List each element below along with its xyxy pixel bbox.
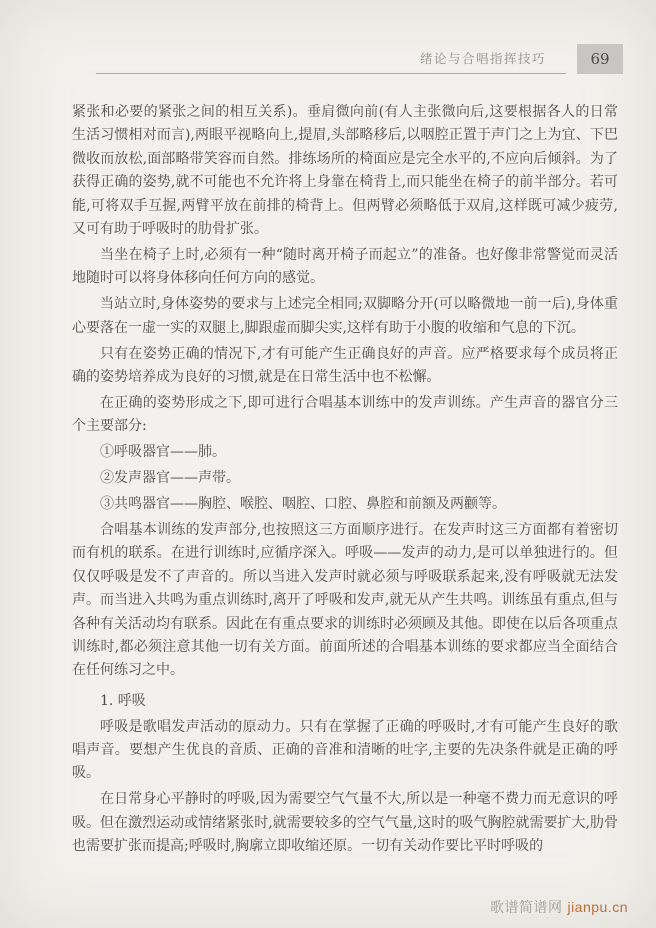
list-item-resonance-organ: ③共鸣器官——胸腔、喉腔、咽腔、口腔、鼻腔和前额及两颧等。 (72, 493, 618, 516)
list-item-vocal-organ: ②发声器官——声带。 (72, 467, 618, 490)
paragraph-daily-breathing: 在日常身心平静时的呼吸,因为需要空气气量不大,所以是一种毫不费力而无意识的呼吸。… (72, 788, 618, 858)
watermark-site-url: jianpu.cn (567, 899, 628, 915)
watermark: 歌谱简谱网 jianpu.cn (490, 897, 628, 917)
page-number-badge: 69 (577, 44, 623, 74)
paragraph-voice-organs-intro: 在正确的姿势形成之下,即可进行合唱基本训练中的发声训练。产生声音的器官分三个主要… (72, 392, 618, 439)
paragraph-breathing-importance: 呼吸是歌唱发声活动的原动力。只有在掌握了正确的呼吸时,才有可能产生良好的歌唱声音… (72, 716, 618, 786)
header-rule (96, 73, 566, 74)
watermark-site-name: 歌谱简谱网 (490, 900, 563, 916)
list-item-breathing-organ: ①呼吸器官——肺。 (72, 441, 618, 464)
paragraph-training-order: 合唱基本训练的发声部分,也按照这三方面顺序进行。在发声时这三方面都有着密切而有机… (72, 519, 618, 683)
page-number: 69 (590, 50, 609, 68)
page-body-text: 紧张和必要的紧张之间的相互关系)。垂肩微向前(有人主张微向后,这要根据各人的日常… (72, 101, 618, 861)
paragraph-correct-posture: 只有在姿势正确的情况下,才有可能产生正确良好的声音。应严格要求每个成员将正确的姿… (72, 343, 618, 390)
paragraph-sitting: 当坐在椅子上时,必须有一种“随时离开椅子而起立”的准备。也好像非常警觉而灵活地随… (72, 244, 618, 291)
scanned-book-page: 绪论与合唱指挥技巧 69 紧张和必要的紧张之间的相互关系)。垂肩微向前(有人主张… (0, 0, 656, 928)
paragraph-standing: 当站立时,身体姿势的要求与上述完全相同;双脚略分开(可以略微地一前一后),身体重… (72, 293, 618, 340)
section-heading-breathing: 1. 呼吸 (72, 690, 618, 713)
running-title: 绪论与合唱指挥技巧 (420, 49, 546, 67)
paragraph-posture-continuation: 紧张和必要的紧张之间的相互关系)。垂肩微向前(有人主张微向后,这要根据各人的日常… (72, 101, 618, 241)
